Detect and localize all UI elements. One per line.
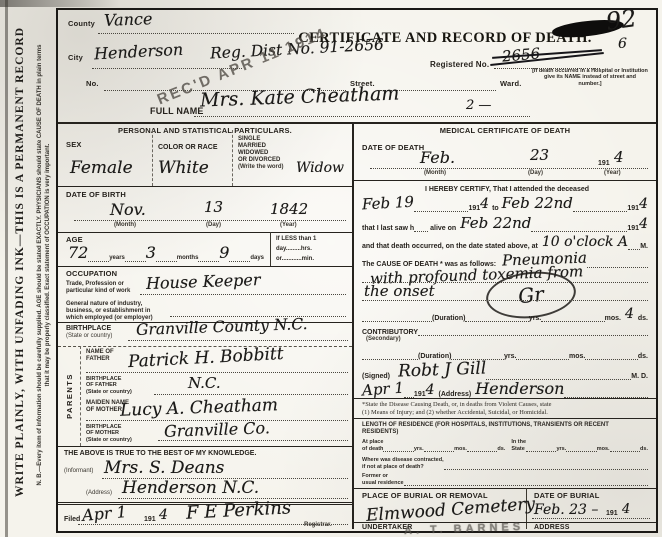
dod-day-value: 23 [530,146,549,164]
age-years-unit: years [109,255,125,262]
birthplace-label: BIRTHPLACE [66,325,111,332]
attended-year2-printed: 191 [627,205,639,212]
county-label: County [68,20,95,29]
trade-label: Trade, Profession or particular kind of … [66,281,130,295]
burial-year-printed: 191 [606,510,618,517]
parents-divider [80,346,81,446]
duration2-mos-label: mos. [569,353,585,360]
age-years-value: 72 [68,243,88,262]
duration2-line: (Duration) yrs. mos. ds. [362,348,648,360]
dod-month-caption: (Month) [424,170,446,176]
res-dots-5 [566,448,596,452]
corner-number-2: 6 [618,36,627,52]
dod-year-value: 4 [614,148,624,166]
filed-date-value: Apr 1 [81,502,127,525]
age-dots-3 [156,258,177,262]
med-sep-3 [354,418,656,419]
dod-label: DATE OF DEATH [362,144,424,153]
age-dots-2 [125,258,146,262]
duration-ds-label: ds. [638,315,648,322]
res-dots-3 [467,448,497,452]
duration-label: (Duration) [432,315,465,322]
full-name-label: FULL NAME [150,106,204,116]
dob-month-caption: (Month) [114,222,136,228]
dod-line [370,168,648,169]
row-sep-5 [58,346,352,347]
row-sep-1 [58,186,352,187]
age-days-unit: days [250,255,264,262]
contracted-label: Where was disease contracted, if not at … [362,457,444,470]
undertaker-stamp: A. T. BARNES [404,521,524,537]
last-saw-year-printed: 191 [627,225,639,232]
death-certificate-form: County Vance CERTIFICATE AND RECORD OF D… [56,8,658,533]
age-dots-4 [198,258,219,262]
contributory-dots [418,332,648,336]
father-name-line [86,372,348,373]
full-name-line [194,116,530,117]
physician-signature: Robt J Gill [398,358,487,381]
father-birthplace-line [154,394,348,395]
sex-label: SEX [66,141,82,150]
med-sep-1 [354,180,656,181]
registrar-signature: F E Perkins [186,497,292,523]
filed-year-printed: 191 [144,516,156,523]
res-dots-2 [424,448,454,452]
medical-section-title: MEDICAL CERTIFICATE OF DEATH [354,127,656,136]
header-separator [58,122,656,124]
dod-year-caption: (Year) [604,170,621,176]
marital-label: SINGLE MARRIED WIDOWED OR DIVORCED [238,136,280,164]
last-saw-label: that I last saw h [362,225,414,232]
duration2-dots-2 [516,356,569,360]
date-of-burial-value: Feb. 23 – [534,502,598,518]
informant-label: (Informant) [64,468,93,474]
res-yrs-1: yrs. [414,446,424,452]
attended-to-value: Feb 22nd [502,194,573,212]
sign-date-line: Apr 1 191 4 (Address) Henderson [362,382,648,398]
filed-year-value: 4 [159,507,168,523]
marital-hint: (Write the word) [238,164,284,170]
last-saw-value: Feb 22nd [460,214,531,232]
birthplace-hint: (State or country) [66,333,112,339]
contracted-dots [444,466,648,470]
dob-label: DATE OF BIRTH [66,191,126,200]
marital-value: Widow [296,160,344,176]
med-sep-2 [354,398,656,399]
dob-line [74,220,346,221]
birthplace-line [128,340,348,341]
cause-value-3: the onset [364,282,435,300]
attended-dots-1 [414,208,469,212]
dob-month-value: Nov. [110,200,146,219]
last-saw-dots-1 [414,228,428,232]
if-less-line3: or............min. [276,256,314,263]
hospital-note: [If death occurred in a Hospital or Inst… [532,68,648,87]
death-occurred-label: and that death occurred, on the date sta… [362,243,538,250]
if-less-line1: If LESS than 1 [276,236,316,243]
edge-artifact-top [0,0,120,7]
father-birthplace-label: BIRTHPLACE OF FATHER (State or country) [86,376,132,395]
last-saw-line: that I last saw h alive on Feb 22nd 191 … [362,216,648,232]
trade-line [140,294,346,295]
informant-address-line [118,498,348,499]
row-sep-2 [58,232,352,233]
margin-note-line1: N. B.—Every item of information should b… [37,17,45,513]
last-saw-year-value: 4 [639,216,648,232]
meridiem-label: M. [640,243,648,250]
ward-label: Ward. [500,80,522,89]
md-label: M. D. [631,373,648,380]
city-value: Henderson [94,40,184,64]
residence-title: LENGTH OF RESIDENCE (FOR HOSPITALS, INST… [362,422,642,436]
duration2-yrs-label: yrs. [504,353,516,360]
burial-date-line [532,518,650,519]
row-sep-6 [58,446,352,447]
attest-statement: THE ABOVE IS TRUE TO THE BEST OF MY KNOW… [64,450,256,457]
duration-dots-1 [465,318,528,322]
industry-label: General nature of industry, business, or… [66,301,153,322]
sign-year-printed: 191 [414,391,426,398]
duration2-ds-label: ds. [638,353,648,360]
column-divider [352,122,354,529]
sign-year-value: 4 [426,382,435,398]
registrar-label: Registrar. [304,522,332,528]
informant-value: Mrs. S. Deans [104,458,224,478]
attended-year1-printed: 191 [468,205,480,212]
at-place-label: At place of death [362,439,383,452]
alive-on-label: alive on [430,225,456,232]
attended-to-label: to [492,205,499,212]
death-occurred-line: and that death occurred, on the date sta… [362,234,648,250]
father-birthplace-value: N.C. [188,374,221,392]
street-no-label: No. [86,80,99,89]
full-name-suffix: 2 — [466,98,491,113]
dob-day-value: 13 [204,198,223,216]
color-race-value: White [158,158,209,178]
sign-address-value: Henderson [475,379,564,398]
undertaker-address-label: ADDRESS [534,524,570,532]
edge-artifact-left [5,0,8,537]
margin-note-line2: that it may be properly classified. Exac… [45,17,53,513]
if-less-line2: day.........hrs. [276,246,312,253]
attended-from-value: Feb 19 [362,193,415,214]
attended-year1-value: 4 [480,196,489,212]
filed-label: Filed [64,516,80,523]
former-residence-line: Former or usual residence [362,472,648,486]
father-name-label: NAME OF FATHER [86,349,114,363]
duration2-dots-3 [585,356,638,360]
contributory-line: CONTRIBUTORY [362,324,648,336]
res-yrs-2: yrs. [556,446,566,452]
informant-address-label: (Address) [86,490,112,496]
city-label: City [68,54,83,63]
mother-name-value: Lucy A. Cheatham [120,395,279,421]
last-saw-dots-2 [531,228,627,232]
former-residence-label: Former or usual residence [362,473,404,486]
duration-yrs-label: yrs. [529,315,541,322]
attended-dots-2 [573,208,628,212]
registered-no-label: Registered No. [430,60,489,69]
dod-month-value: Feb. [420,148,455,167]
personal-section-title: PERSONAL AND STATISTICAL PARTICULARS. [58,127,352,136]
cell-divider-2 [232,130,233,186]
res-mos-1: mos. [454,446,467,452]
date-of-burial-label: DATE OF BURIAL [534,492,600,501]
duration-dots-0 [362,318,432,322]
mother-birthplace-value: Granville Co. [164,418,271,441]
contracted-line: Where was disease contracted, if not at … [362,456,648,470]
signed-line: (Signed) Robt J Gill M. D. [362,362,648,380]
color-race-label: COLOR OR RACE [158,144,218,151]
former-residence-dots [404,482,648,486]
age-months-value: 3 [146,243,156,262]
cause-dots-1 [587,264,648,268]
corner-number: 92 [604,4,638,36]
attended-year2-value: 4 [639,196,648,212]
county-line [98,33,294,34]
mother-birthplace-line [158,440,348,441]
margin-warning-text: WRITE PLAINLY, WITH UNFADING INK—THIS IS… [14,22,28,502]
res-dots-4 [526,448,556,452]
dob-year-caption: (Year) [280,222,297,228]
res-mos-2: mos. [597,446,610,452]
dob-year-value: 1842 [270,200,308,218]
death-occurred-dots [628,246,640,250]
sex-value: Female [70,158,133,178]
duration2-dots-0 [362,356,418,360]
contributory-label: CONTRIBUTORY [362,329,418,336]
age-subcell-divider [270,232,271,266]
residence-at-place-line: At place of death yrs. mos. ds. In the S… [362,438,648,452]
birthplace-value: Granville County N.C. [136,315,308,339]
attended-line: Feb 19 191 4 to Feb 22nd 191 4 [362,194,648,212]
dob-day-caption: (Day) [206,222,221,228]
cell-divider-1 [152,130,153,186]
res-ds-1: ds. [497,446,505,452]
in-state-label: In the State [511,439,526,452]
duration-line: (Duration) yrs. mos. 4 ds. [362,308,648,322]
cause-line-3 [362,300,648,301]
doctor-initials: Gr [517,282,545,309]
duration-dots-2 [541,318,604,322]
father-name-value: Patrick H. Bobbitt [128,344,284,372]
duration-ds-value: 4 [625,306,634,322]
duration-mos-label: mos. [605,315,621,322]
res-dots-6 [610,448,640,452]
burial-year-value: 4 [622,502,630,517]
dod-day-caption: (Day) [528,170,543,176]
full-name-value: Mrs. Kate Cheatham [200,83,400,112]
footnote-line2: (1) Means of Injury; and (2) whether Acc… [362,409,648,417]
county-value: Vance [104,9,153,30]
age-line: 72 years 3 months 9 days [68,242,264,262]
res-ds-2: ds. [640,446,648,452]
secondary-label: (Secondary) [366,336,401,342]
res-dots-1 [383,448,413,452]
med-sep-4 [354,488,656,489]
dod-year-printed: 191 [598,160,610,167]
certify-statement: I HEREBY CERTIFY, That I attended the de… [364,186,650,193]
trade-value: House Keeper [146,270,261,293]
margin-note-text: N. B.—Every item of information should b… [37,17,53,513]
mother-birthplace-label: BIRTHPLACE OF MOTHER (State or country) [86,424,132,443]
footnote-line1: *State the Disease Causing Death, or, in… [362,401,648,409]
age-dots-5 [229,258,250,262]
sign-address-label: (Address) [439,391,472,398]
age-days-value: 9 [219,243,229,262]
row-sep-3 [58,266,352,267]
occupation-label: OCCUPATION [66,270,117,279]
informant-address-value: Henderson N.C. [122,478,259,498]
sign-date-value: Apr 1 [361,379,404,400]
age-dots-1 [88,258,109,262]
parents-label: PARENTS [66,366,76,426]
age-months-unit: months [177,255,199,262]
scanned-page: WRITE PLAINLY, WITH UNFADING INK—THIS IS… [0,0,662,537]
